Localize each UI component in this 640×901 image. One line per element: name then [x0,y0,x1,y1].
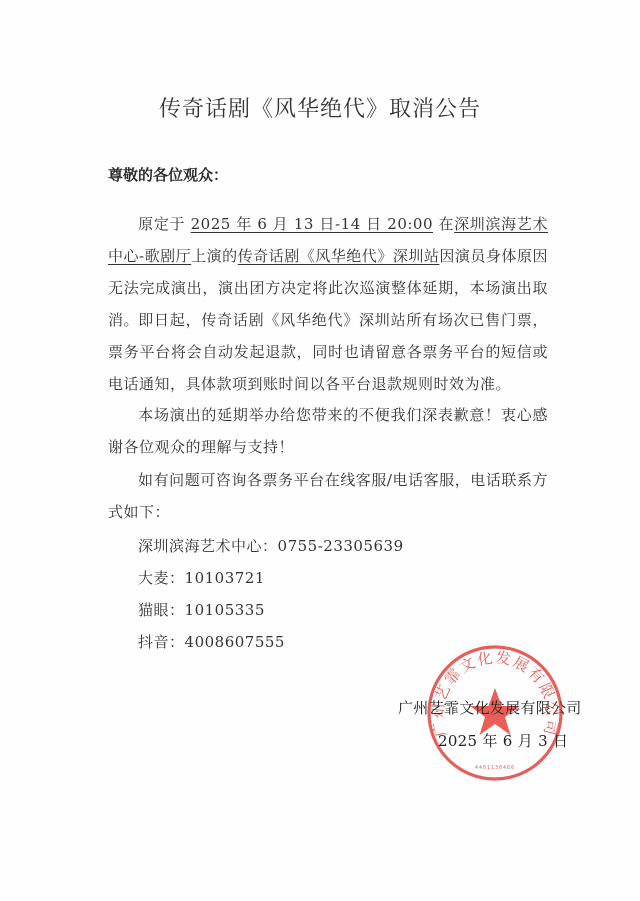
text-performed: 上演的 [191,247,238,265]
contact-item-damai: 大麦：10103721 [138,567,404,599]
contact-item-douyin: 抖音：4008607555 [138,631,404,663]
text-at: 在 [438,215,454,233]
contact-item-venue: 深圳滨海艺术中心：0755-23305639 [138,535,404,567]
event-datetime: 2025 年 6 月 13 日-14 日 20:00 [191,215,433,233]
sign-date: 2025 年 6 月 3 日 [438,730,568,751]
text-lead: 原定于 [138,215,185,233]
contact-list: 深圳滨海艺术中心：0755-23305639 大麦：10103721 猫眼：10… [138,535,404,663]
announcement-page: 传奇话剧《风华绝代》取消公告 尊敬的各位观众： 原定于 2025 年 6 月 1… [0,0,640,901]
paragraph-apology: 本场演出的延期举办给您带来的不便我们深表歉意！衷心感谢各位观众的理解与支持！ [108,399,548,463]
contact-phone: 10105335 [185,601,265,619]
svg-text:4401130486: 4401130486 [475,765,515,771]
contact-separator: ： [169,633,185,651]
contact-phone: 10103721 [185,569,265,587]
show-station: 传奇话剧《风华绝代》深圳站 [238,247,440,265]
contact-label: 猫眼 [138,601,169,619]
refund-text: 即日起，传奇话剧《风华绝代》深圳站所有场次已售门票，票务平台将会自动发起退款，同… [108,311,548,393]
contact-phone: 0755-23305639 [278,537,404,555]
greeting: 尊敬的各位观众： [108,164,228,185]
paragraph-refund: 即日起，传奇话剧《风华绝代》深圳站所有场次已售门票，票务平台将会自动发起退款，同… [108,304,548,400]
contact-intro-text: 如有问题可咨询各票务平台在线客服/电话客服，电话联系方式如下： [108,471,548,521]
signer-company: 广州艺霏文化发展有限公司 [398,697,582,718]
paragraph-contact-intro: 如有问题可咨询各票务平台在线客服/电话客服，电话联系方式如下： [108,464,548,528]
contact-separator: ： [169,569,185,587]
contact-phone: 4008607555 [185,633,285,651]
apology-text: 本场演出的延期举办给您带来的不便我们深表歉意！衷心感谢各位观众的理解与支持！ [108,406,548,456]
contact-item-maoyan: 猫眼：10105335 [138,599,404,631]
contact-separator: ： [262,537,278,555]
contact-label: 深圳滨海艺术中心 [138,537,262,555]
page-title: 传奇话剧《风华绝代》取消公告 [0,92,640,123]
venue-hall: 剧厅 [160,247,191,265]
contact-separator: ： [169,601,185,619]
contact-label: 大麦 [138,569,169,587]
contact-label: 抖音 [138,633,169,651]
